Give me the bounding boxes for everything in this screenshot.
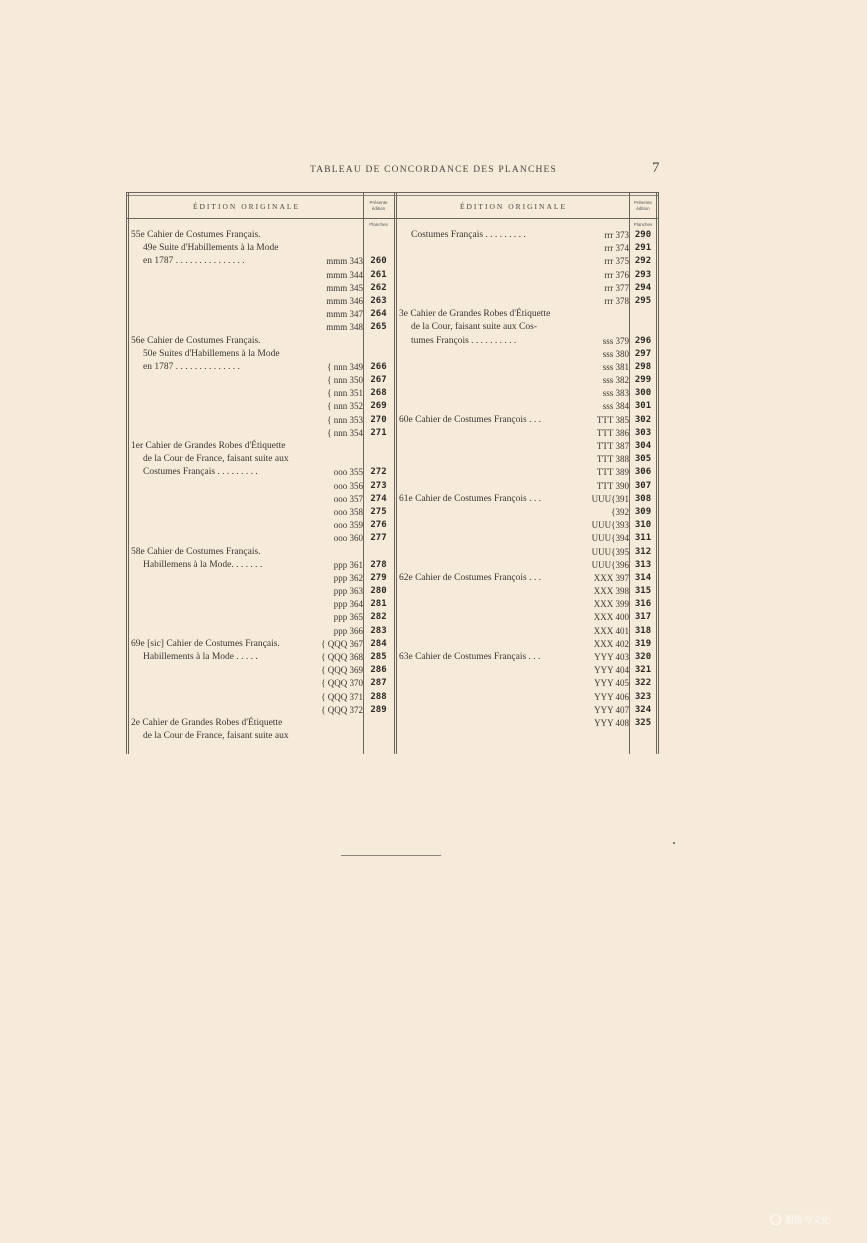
present-plate-number: 267 [364,374,393,387]
present-plate-number: 281 [364,598,393,611]
present-plate-number: 293 [630,269,656,282]
entry-description: 60e Cahier de Costumes François . . . [399,414,541,427]
present-plate-number: 311 [630,532,656,545]
original-plate-ref: mmm 347 [326,308,363,321]
present-plate-number: 275 [364,506,393,519]
table-row: 58e Cahier de Costumes Français. [131,546,393,559]
watermark-logo-icon [770,1214,781,1225]
table-row: de la Cour, faisant suite aux Cos- [399,321,656,334]
table-row: XXX 398315 [399,585,656,598]
original-plate-ref: UUU{391 [592,493,629,506]
table-row: ooo 360277 [131,532,393,545]
present-plate-number: 278 [364,559,393,572]
present-plate-number: 289 [364,704,393,717]
original-plate-ref: rrr 373 [604,229,629,242]
present-plate-number: 306 [630,466,656,479]
original-plate-ref: ooo 357 [334,493,363,506]
present-plate-number: 321 [630,664,656,677]
table-row: ppp 362279 [131,572,393,585]
table-row: { QQQ 372289 [131,704,393,717]
present-plate-number: 284 [364,638,393,651]
right-column-header: ÉDITION ORIGINALE [398,196,629,216]
original-plate-ref: ppp 364 [334,598,363,611]
table-row: rrr 377294 [399,282,656,295]
present-plate-number: 282 [364,611,393,624]
present-plate-number: 270 [364,414,393,427]
table-row: { nnn 352269 [131,400,393,413]
table-row: ppp 364281 [131,598,393,611]
table-row: ppp 365282 [131,611,393,624]
original-plate-ref: rrr 378 [604,295,629,308]
entry-description: 2e Cahier de Grandes Robes d'Étiquette [131,717,282,730]
present-plate-number: 318 [630,625,656,638]
present-plate-number: 276 [364,519,393,532]
present-plate-number: 287 [364,677,393,690]
right-planches-label: Planches [630,222,656,227]
table-row: mmm 345262 [131,282,393,295]
table-row: 61e Cahier de Costumes François . . .UUU… [399,493,656,506]
present-plate-number: 266 [364,361,393,374]
original-plate-ref: sss 381 [603,361,629,374]
table-row: sss 383300 [399,387,656,400]
entry-description: Costumes Français . . . . . . . . . [143,466,258,479]
entry-description: 49e Suite d'Habillements à la Mode [143,242,278,255]
present-plate-number: 303 [630,427,656,440]
present-plate-number: 319 [630,638,656,651]
original-plate-ref: ooo 355 [334,466,363,479]
entry-description: de la Cour, faisant suite aux Cos- [411,321,537,334]
present-plate-number: 298 [630,361,656,374]
table-row: 3e Cahier de Grandes Robes d'Étiquette [399,308,656,321]
present-plate-number: 305 [630,453,656,466]
closing-rule [341,855,441,856]
original-plate-ref: UUU{395 [592,546,629,559]
table-row: ppp 366283 [131,625,393,638]
running-head: TABLEAU DE CONCORDANCE DES PLANCHES [0,165,867,175]
original-plate-ref: { nnn 349 [327,361,363,374]
present-plate-number: 312 [630,546,656,559]
original-plate-ref: YYY 405 [594,677,629,690]
table-row: ooo 356273 [131,480,393,493]
present-plate-number: 288 [364,691,393,704]
original-plate-ref: mmm 346 [326,295,363,308]
original-plate-ref: TTT 388 [597,453,629,466]
present-plate-number: 317 [630,611,656,624]
table-row: 1er Cahier de Grandes Robes d'Étiquette [131,440,393,453]
original-plate-ref: { nnn 350 [327,374,363,387]
entry-description: en 1787 . . . . . . . . . . . . . . [143,361,240,374]
present-plate-number: 262 [364,282,393,295]
present-plate-number: 290 [630,229,656,242]
entry-description: 58e Cahier de Costumes Français. [131,546,261,559]
present-plate-number: 313 [630,559,656,572]
left-present-edition-header: Présente édition [364,195,393,217]
present-plate-number: 301 [630,400,656,413]
table-row: 2e Cahier de Grandes Robes d'Étiquette [131,717,393,730]
original-plate-ref: sss 382 [603,374,629,387]
entry-description: 63e Cahier de Costumes Français . . . [399,651,540,664]
present-plate-number: 261 [364,269,393,282]
present-plate-number: 260 [364,255,393,268]
table-row: Costumes Français . . . . . . . . .ooo 3… [131,466,393,479]
table-row: XXX 401318 [399,625,656,638]
original-plate-ref: { QQQ 369 [321,664,363,677]
present-plate-number: 325 [630,717,656,730]
present-plate-number: 268 [364,387,393,400]
original-plate-ref: mmm 344 [326,269,363,282]
entry-description: de la Cour de France, faisant suite aux [143,730,289,743]
original-plate-ref: rrr 377 [604,282,629,295]
table-row: TTT 387304 [399,440,656,453]
original-plate-ref: sss 384 [603,400,629,413]
right-column-rows: Costumes Français . . . . . . . . .rrr 3… [399,229,656,730]
original-plate-ref: UUU{393 [592,519,629,532]
table-row: tumes François . . . . . . . . . .sss 37… [399,335,656,348]
table-row: 63e Cahier de Costumes Français . . .YYY… [399,651,656,664]
table-row: UUU{395312 [399,546,656,559]
present-plate-number: 286 [364,664,393,677]
table-row: YYY 404321 [399,664,656,677]
entry-description: tumes François . . . . . . . . . . [411,335,516,348]
original-plate-ref: TTT 389 [597,466,629,479]
table-right-border [656,192,659,754]
table-row: ooo 359276 [131,519,393,532]
original-plate-ref: YYY 408 [594,717,629,730]
table-row: TTT 388305 [399,453,656,466]
table-left-border [126,192,129,754]
original-plate-ref: { QQQ 372 [321,704,363,717]
entry-description: 62e Cahier de Costumes François . . . [399,572,541,585]
present-plate-number: 271 [364,427,393,440]
header-rule [126,218,659,219]
present-plate-number: 302 [630,414,656,427]
page-number: 7 [652,160,660,177]
original-plate-ref: XXX 400 [594,611,629,624]
present-plate-number: 300 [630,387,656,400]
table-row: ooo 357274 [131,493,393,506]
original-plate-ref: TTT 386 [597,427,629,440]
original-plate-ref: TTT 390 [597,480,629,493]
present-plate-number: 291 [630,242,656,255]
present-plate-number: 265 [364,321,393,334]
left-column-header: ÉDITION ORIGINALE [130,196,363,216]
original-plate-ref: XXX 401 [594,625,629,638]
original-plate-ref: ppp 362 [334,572,363,585]
present-plate-number: 269 [364,400,393,413]
original-plate-ref: ooo 360 [334,532,363,545]
present-plate-number: 280 [364,585,393,598]
original-plate-ref: mmm 348 [326,321,363,334]
present-plate-number: 297 [630,348,656,361]
original-plate-ref: TTT 387 [597,440,629,453]
table-row: sss 384301 [399,400,656,413]
table-row: sss 380297 [399,348,656,361]
present-plate-number: 316 [630,598,656,611]
entry-description: Habillements à la Mode . . . . . [143,651,258,664]
table-row: { nnn 350267 [131,374,393,387]
concordance-table: ÉDITION ORIGINALE Présente édition ÉDITI… [126,192,659,754]
table-row: en 1787 . . . . . . . . . . . . . . .mmm… [131,255,393,268]
table-row: TTT 390307 [399,480,656,493]
original-plate-ref: sss 379 [603,335,629,348]
table-row: mmm 346263 [131,295,393,308]
entry-description: Habillemens à la Mode. . . . . . . [143,559,262,572]
original-plate-ref: ooo 356 [334,480,363,493]
present-plate-number: 274 [364,493,393,506]
table-row: XXX 399316 [399,598,656,611]
table-row: rrr 376293 [399,269,656,282]
table-row: UUU{394311 [399,532,656,545]
entry-description: 55e Cahier de Costumes Français. [131,229,261,242]
table-row: UUU{396313 [399,559,656,572]
table-row: XXX 402319 [399,638,656,651]
present-plate-number: 272 [364,466,393,479]
original-plate-ref: YYY 404 [594,664,629,677]
present-plate-number: 296 [630,335,656,348]
present-plate-number: 324 [630,704,656,717]
table-row: { nnn 351268 [131,387,393,400]
original-plate-ref: { nnn 352 [327,400,363,413]
original-plate-ref: { nnn 353 [327,414,363,427]
original-plate-ref: {392 [611,506,629,519]
entry-description: 50e Suites d'Habillemens à la Mode [143,348,280,361]
table-row: 69e [sic] Cahier de Costumes Français.{ … [131,638,393,651]
table-row: { nnn 353270 [131,414,393,427]
left-column-rows: 55e Cahier de Costumes Français.49e Suit… [131,229,393,743]
table-row: YYY 405322 [399,677,656,690]
table-row: 50e Suites d'Habillemens à la Mode [131,348,393,361]
entry-description: 1er Cahier de Grandes Robes d'Étiquette [131,440,285,453]
original-plate-ref: rrr 375 [604,255,629,268]
table-row: en 1787 . . . . . . . . . . . . . .{ nnn… [131,361,393,374]
present-plate-number: 263 [364,295,393,308]
table-row: Habillemens à la Mode. . . . . . .ppp 36… [131,559,393,572]
original-plate-ref: { QQQ 370 [321,677,363,690]
table-row: mmm 347264 [131,308,393,321]
entry-description: 56e Cahier de Costumes Français. [131,335,261,348]
table-row: 49e Suite d'Habillements à la Mode [131,242,393,255]
table-row: 55e Cahier de Costumes Français. [131,229,393,242]
table-row: { nnn 354271 [131,427,393,440]
original-plate-ref: XXX 397 [594,572,629,585]
original-plate-ref: { QQQ 368 [321,651,363,664]
present-plate-number: 315 [630,585,656,598]
original-plate-ref: mmm 343 [326,255,363,268]
table-row: ppp 363280 [131,585,393,598]
table-row: XXX 400317 [399,611,656,624]
present-plate-number: 320 [630,651,656,664]
table-row: 60e Cahier de Costumes François . . .TTT… [399,414,656,427]
entry-description: 61e Cahier de Costumes François . . . [399,493,541,506]
table-row: {392309 [399,506,656,519]
table-row: 56e Cahier de Costumes Français. [131,335,393,348]
right-present-edition-header: Présente édition [630,195,656,217]
table-row: rrr 375292 [399,255,656,268]
entry-description: 69e [sic] Cahier de Costumes Français. [131,638,280,651]
table-row: sss 381298 [399,361,656,374]
original-plate-ref: ooo 358 [334,506,363,519]
table-row: mmm 344261 [131,269,393,282]
original-plate-ref: { QQQ 367 [321,638,363,651]
present-plate-number: 308 [630,493,656,506]
original-plate-ref: sss 380 [603,348,629,361]
original-plate-ref: { nnn 351 [327,387,363,400]
entry-description: Costumes Français . . . . . . . . . [411,229,526,242]
present-plate-number: 299 [630,374,656,387]
present-plate-number: 314 [630,572,656,585]
table-row: 62e Cahier de Costumes François . . .XXX… [399,572,656,585]
watermark: 服饰与文化 [770,1213,830,1226]
left-planches-label: Planches [364,222,393,227]
table-row: rrr 374291 [399,242,656,255]
original-plate-ref: TTT 385 [597,414,629,427]
paper-speck [673,842,675,844]
table-row: { QQQ 370287 [131,677,393,690]
table-row: YYY 407324 [399,704,656,717]
entry-description: de la Cour de France, faisant suite aux [143,453,289,466]
table-middle-divider [394,192,397,754]
entry-description: 3e Cahier de Grandes Robes d'Étiquette [399,308,550,321]
present-plate-number: 323 [630,691,656,704]
present-plate-number: 295 [630,295,656,308]
present-plate-number: 309 [630,506,656,519]
present-plate-number: 304 [630,440,656,453]
present-plate-number: 264 [364,308,393,321]
original-plate-ref: YYY 407 [594,704,629,717]
present-plate-number: 283 [364,625,393,638]
original-plate-ref: YYY 403 [594,651,629,664]
table-row: YYY 406323 [399,691,656,704]
table-row: de la Cour de France, faisant suite aux [131,453,393,466]
original-plate-ref: YYY 406 [594,691,629,704]
table-row: TTT 389306 [399,466,656,479]
present-plate-number: 279 [364,572,393,585]
table-row: sss 382299 [399,374,656,387]
present-plate-number: 310 [630,519,656,532]
original-plate-ref: ooo 359 [334,519,363,532]
table-row: YYY 408325 [399,717,656,730]
table-row: Costumes Français . . . . . . . . .rrr 3… [399,229,656,242]
present-plate-number: 322 [630,677,656,690]
present-plate-number: 273 [364,480,393,493]
original-plate-ref: { nnn 354 [327,427,363,440]
original-plate-ref: rrr 376 [604,269,629,282]
table-row: TTT 386303 [399,427,656,440]
original-plate-ref: XXX 402 [594,638,629,651]
original-plate-ref: ppp 363 [334,585,363,598]
entry-description: en 1787 . . . . . . . . . . . . . . . [143,255,245,268]
present-plate-number: 294 [630,282,656,295]
present-plate-number: 292 [630,255,656,268]
original-plate-ref: { QQQ 371 [321,691,363,704]
original-plate-ref: mmm 345 [326,282,363,295]
table-row: de la Cour de France, faisant suite aux [131,730,393,743]
original-plate-ref: ppp 365 [334,611,363,624]
original-plate-ref: XXX 399 [594,598,629,611]
table-row: rrr 378295 [399,295,656,308]
table-row: mmm 348265 [131,321,393,334]
original-plate-ref: sss 383 [603,387,629,400]
original-plate-ref: UUU{396 [592,559,629,572]
table-row: { QQQ 369286 [131,664,393,677]
table-row: UUU{393310 [399,519,656,532]
present-plate-number: 277 [364,532,393,545]
original-plate-ref: UUU{394 [592,532,629,545]
present-plate-number: 285 [364,651,393,664]
table-row: { QQQ 371288 [131,691,393,704]
table-row: Habillements à la Mode . . . . .{ QQQ 36… [131,651,393,664]
original-plate-ref: ppp 361 [334,559,363,572]
original-plate-ref: ppp 366 [334,625,363,638]
table-row: ooo 358275 [131,506,393,519]
original-plate-ref: XXX 398 [594,585,629,598]
present-plate-number: 307 [630,480,656,493]
original-plate-ref: rrr 374 [604,242,629,255]
